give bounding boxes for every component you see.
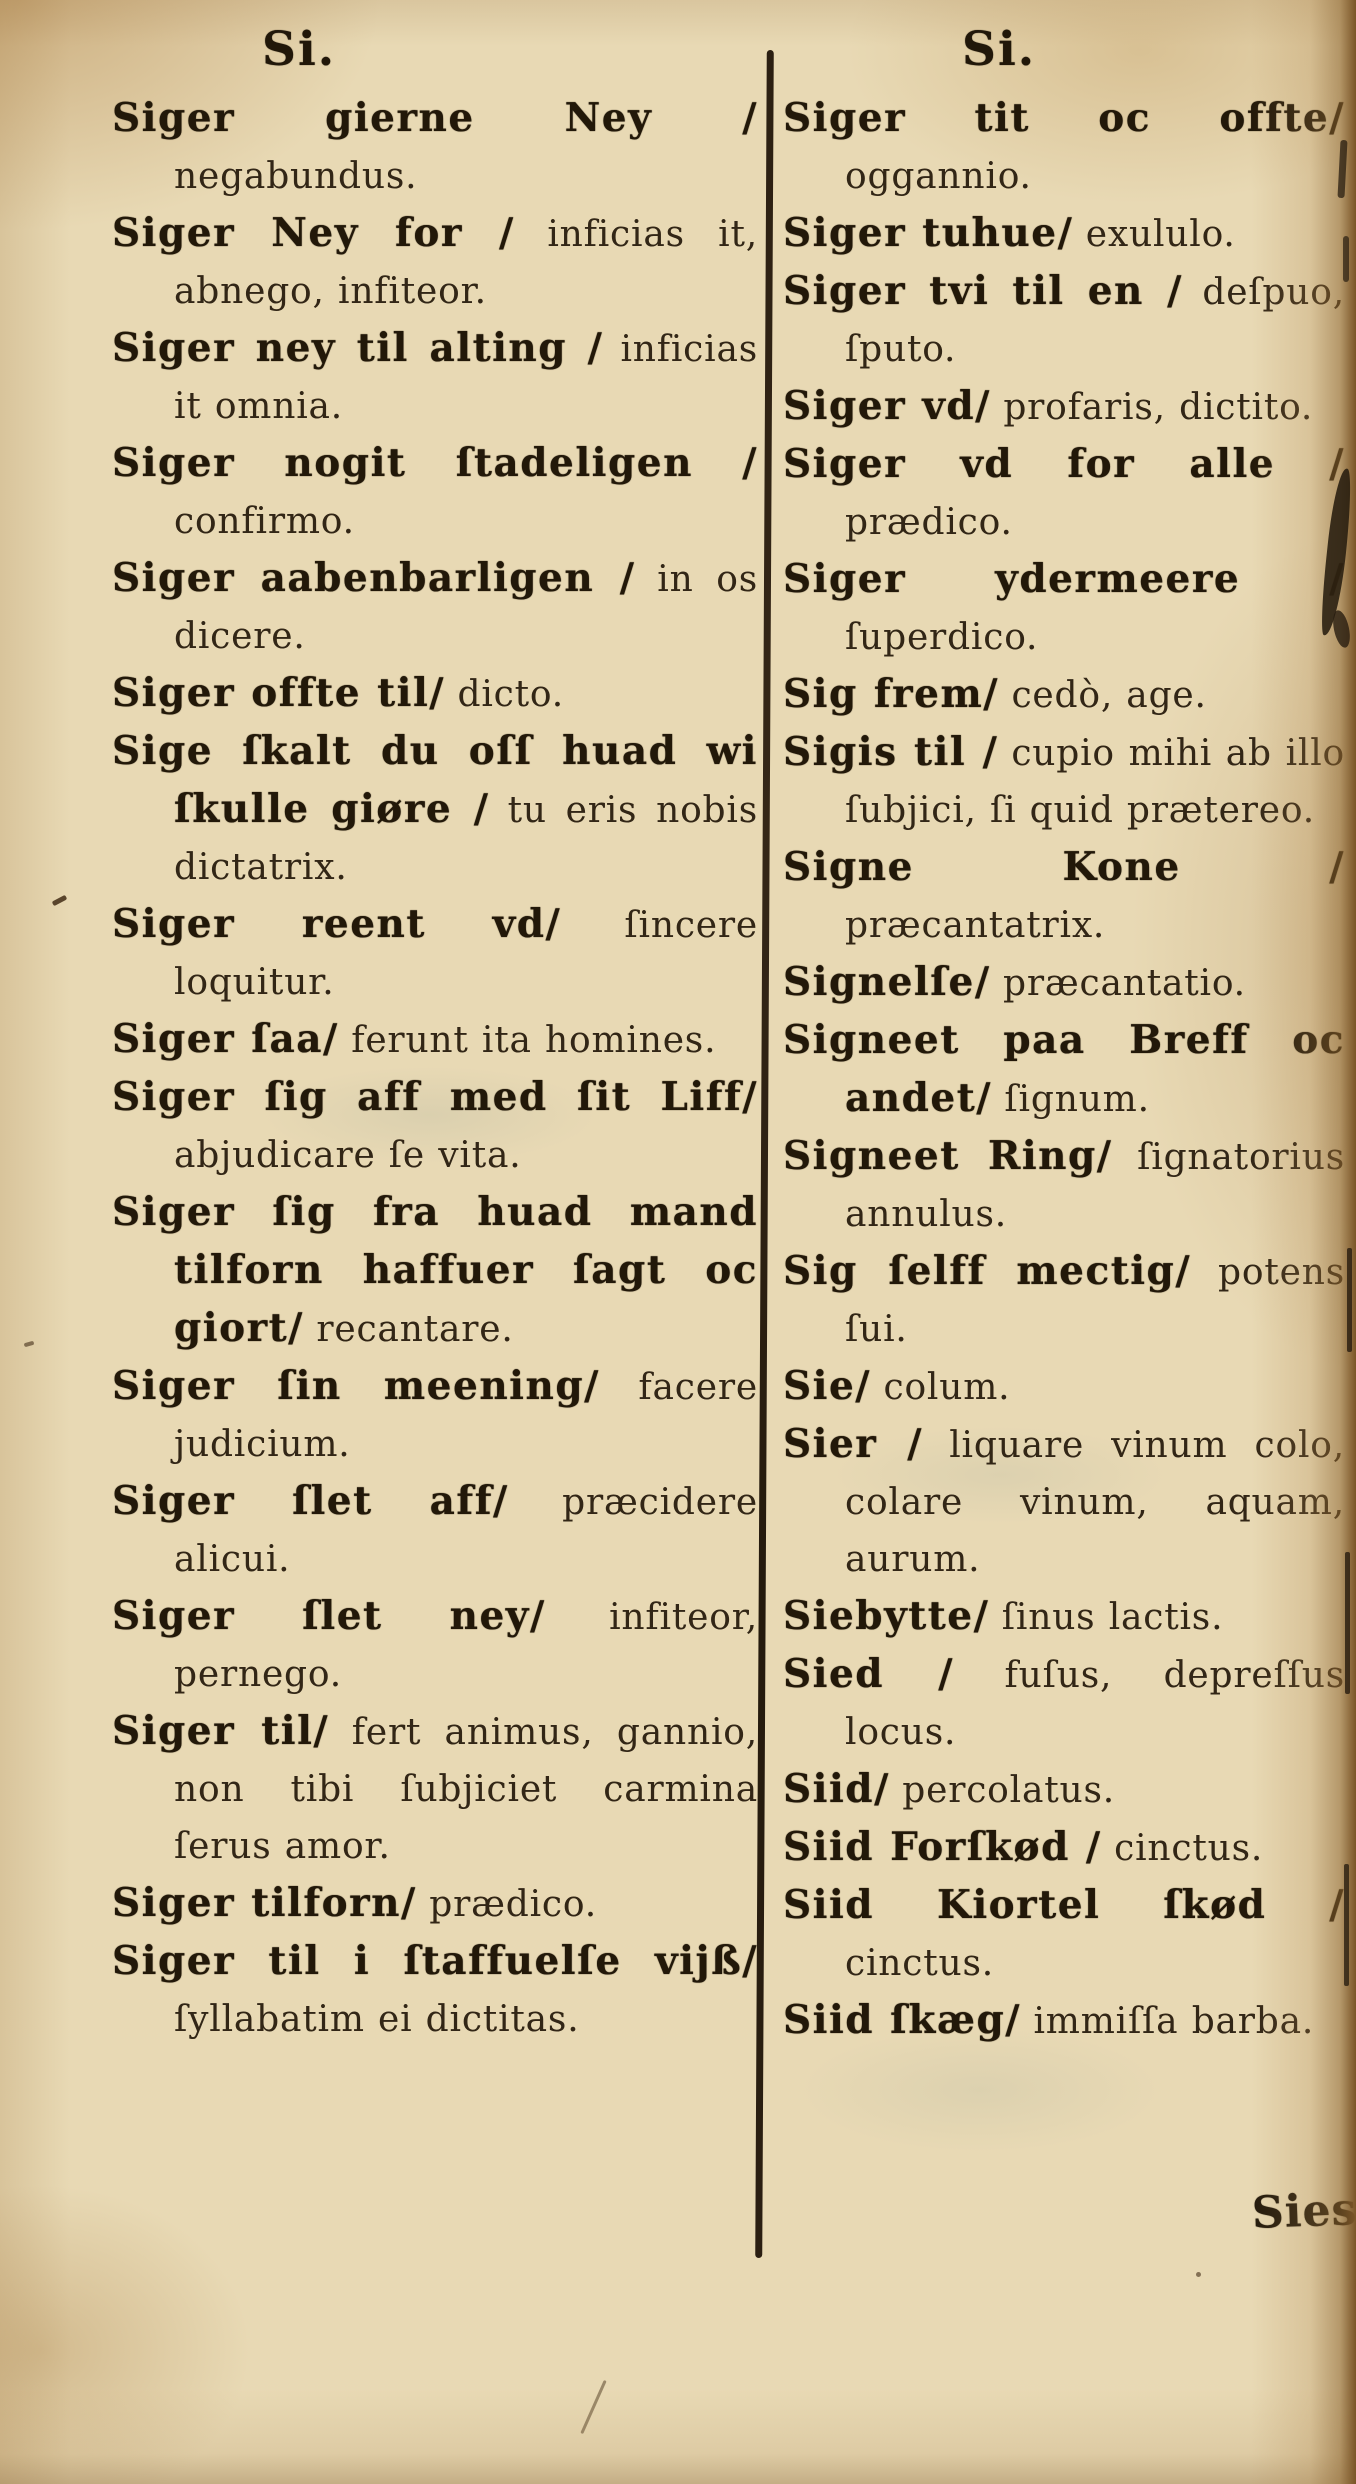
right-column-header: Si. <box>962 22 1036 77</box>
entry-headword: Siger ney til alting / <box>112 325 603 371</box>
entry-headword: Siger tvi til en / <box>783 268 1183 314</box>
dictionary-entry: Siger tilforn/ prædico. <box>112 1875 758 1933</box>
entry-translation: exululo. <box>1086 214 1236 255</box>
entry-headword: Siger vd/ <box>783 383 991 429</box>
ink-artifact <box>1345 1552 1350 1694</box>
entry-headword: Siger nogit ſtadeligen / <box>112 440 758 486</box>
entry-headword: Siger aabenbarligen / <box>112 555 635 601</box>
dictionary-entry: Sig frem/ cedò, age. <box>783 666 1345 724</box>
column-divider-rule <box>755 50 774 2258</box>
entry-translation: ſignum. <box>1004 1079 1149 1120</box>
book-page: Si. Si. Siger gierne Ney / negabundus. S… <box>0 0 1356 2484</box>
entry-translation: oggannio. <box>845 156 1032 197</box>
entry-translation: prædico. <box>429 1884 597 1925</box>
entry-headword: Siger Ney for / <box>112 210 515 256</box>
entry-translation: cinctus. <box>1114 1828 1263 1869</box>
entry-headword: Siger ſig aff med ſit Liff/ <box>112 1074 758 1120</box>
entry-translation: præcantatio. <box>1003 963 1246 1004</box>
entry-translation: prædico. <box>845 502 1013 543</box>
entry-headword: Siger gierne Ney / <box>112 95 758 141</box>
dictionary-entry: Sig ſelff mectig/ potens ſui. <box>783 1243 1345 1358</box>
entry-headword: Siger ſlet aff/ <box>112 1478 509 1524</box>
entry-headword: Siger vd for alle / <box>783 441 1345 487</box>
paper-speck <box>1196 2272 1201 2277</box>
dictionary-entry: Sigis til / cupio mihi ab illo ſubjici, … <box>783 724 1345 839</box>
entry-headword: Siger til i ſtaffuelſe vijß/ <box>112 1938 758 1984</box>
dictionary-entry: Siid Forſkød / cinctus. <box>783 1819 1345 1877</box>
dictionary-entry: Sie/ colum. <box>783 1358 1345 1416</box>
dictionary-entry: Sier / liquare vinum colo, colare vinum,… <box>783 1416 1345 1588</box>
dictionary-entry: Siger ſig fra huad mand tilforn haffuer … <box>112 1184 758 1358</box>
dictionary-entry: Siger tit oc offte/ oggannio. <box>783 90 1345 205</box>
dictionary-entry: Siger Ney for / inficias it, abnego, inf… <box>112 205 758 320</box>
dictionary-entry: Signeet Ring/ ſignatorius annulus. <box>783 1128 1345 1243</box>
dictionary-entry: Siger ſig aff med ſit Liff/ abjudicare ſ… <box>112 1069 758 1184</box>
entry-translation: confirmo. <box>174 501 355 542</box>
entry-headword: Sig frem/ <box>783 671 999 717</box>
entry-translation: ſyllabatim ei dictitas. <box>174 1999 579 2040</box>
dictionary-entry: Siger vd for alle / prædico. <box>783 436 1345 551</box>
dictionary-entry: Siebytte/ ſinus lactis. <box>783 1588 1345 1646</box>
entry-headword: Siger til/ <box>112 1708 329 1754</box>
entry-headword: Siid/ <box>783 1766 890 1812</box>
left-entry-list: Siger gierne Ney / negabundus. Siger Ney… <box>112 90 758 2048</box>
dictionary-entry: Siger aabenbarligen / in os dicere. <box>112 550 758 665</box>
ink-artifact <box>1344 1864 1349 1986</box>
dictionary-entry: Siger til i ſtaffuelſe vijß/ ſyllabatim … <box>112 1933 758 2048</box>
dictionary-entry: Siger ſaa/ ferunt ita homines. <box>112 1011 758 1069</box>
entry-headword: Siid ſkæg/ <box>783 1997 1021 2043</box>
dictionary-entry: Siger ſin meening/ facere judicium. <box>112 1358 758 1473</box>
entry-headword: Sie/ <box>783 1363 871 1409</box>
entry-headword: Siger ſlet ney/ <box>112 1593 546 1639</box>
entry-headword: Siid Kiortel ſkød / <box>783 1882 1345 1928</box>
entry-headword: Sied / <box>783 1651 954 1697</box>
entry-translation: recantare. <box>316 1309 513 1350</box>
entry-translation: profaris, dictito. <box>1003 387 1313 428</box>
dictionary-entry: Signelſe/ præcantatio. <box>783 954 1345 1012</box>
dictionary-entry: Siger til/ fert animus, gannio, non tibi… <box>112 1703 758 1875</box>
entry-headword: Signelſe/ <box>783 959 991 1005</box>
dictionary-entry: Siger vd/ profaris, dictito. <box>783 378 1345 436</box>
entry-headword: Siger reent vd/ <box>112 901 561 947</box>
entry-headword: Signe Kone / <box>783 844 1345 890</box>
dictionary-entry: Siger ney til alting / inficias it omnia… <box>112 320 758 435</box>
ink-artifact <box>1347 1248 1352 1352</box>
dictionary-entry: Siger reent vd/ ſincere loquitur. <box>112 896 758 1011</box>
dictionary-entry: Sied / fuſus, depreſſus locus. <box>783 1646 1345 1761</box>
dictionary-entry: Siger offte til/ dicto. <box>112 665 758 723</box>
right-entry-list: Siger tit oc offte/ oggannio. Siger tuhu… <box>783 90 1345 2050</box>
dictionary-entry: Siger tvi til en / deſpuo, ſputo. <box>783 263 1345 378</box>
dictionary-entry: Signeet paa Breff oc andet/ ſignum. <box>783 1012 1345 1128</box>
entry-headword: Siid Forſkød / <box>783 1824 1102 1870</box>
entry-translation: cinctus. <box>845 1943 994 1984</box>
entry-translation: negabundus. <box>174 156 417 197</box>
entry-headword: Siger ſaa/ <box>112 1016 339 1062</box>
dictionary-entry: Siger ydermeere / ſuperdico. <box>783 551 1345 666</box>
entry-headword: Sigis til / <box>783 729 998 775</box>
entry-translation: dicto. <box>458 674 564 715</box>
entry-translation: præcantatrix. <box>845 905 1105 946</box>
paper-speck <box>24 1341 35 1347</box>
entry-translation: colum. <box>884 1367 1011 1408</box>
dictionary-entry: Siger gierne Ney / negabundus. <box>112 90 758 205</box>
ink-artifact <box>1343 236 1349 282</box>
entry-headword: Siger tit oc offte/ <box>783 95 1345 141</box>
entry-translation: immiſſa barba. <box>1033 2001 1314 2042</box>
dictionary-entry: Siid Kiortel ſkød / cinctus. <box>783 1877 1345 1992</box>
dictionary-entry: Siger ſlet aff/ præcidere alicui. <box>112 1473 758 1588</box>
entry-translation: percolatus. <box>902 1770 1115 1811</box>
paper-speck <box>52 895 68 906</box>
left-column-header: Si. <box>262 22 336 77</box>
paper-scratch <box>580 2380 606 2434</box>
entry-headword: Signeet Ring/ <box>783 1133 1113 1179</box>
entry-translation: ferunt ita homines. <box>351 1020 716 1061</box>
catchword: Sies <box>1251 2184 1356 2239</box>
entry-headword: Siebytte/ <box>783 1593 989 1639</box>
entry-translation: ſinus lactis. <box>1002 1597 1224 1638</box>
dictionary-entry: Siger ſlet ney/ infiteor, pernego. <box>112 1588 758 1703</box>
entry-headword: Siger tuhue/ <box>783 210 1073 256</box>
entry-headword: Sig ſelff mectig/ <box>783 1248 1191 1294</box>
entry-headword: Siger ſin meening/ <box>112 1363 600 1409</box>
dictionary-entry: Siid/ percolatus. <box>783 1761 1345 1819</box>
entry-headword: Sier / <box>783 1421 923 1467</box>
entry-translation: ſuperdico. <box>845 617 1038 658</box>
dictionary-entry: Siger tuhue/ exululo. <box>783 205 1345 263</box>
dictionary-entry: Sige ſkalt du oſſ huad wi ſkulle giøre /… <box>112 723 758 896</box>
dictionary-entry: Siid ſkæg/ immiſſa barba. <box>783 1992 1345 2050</box>
dictionary-entry: Signe Kone / præcantatrix. <box>783 839 1345 954</box>
entry-headword: Siger ydermeere / <box>783 556 1345 602</box>
entry-headword: Siger offte til/ <box>112 670 445 716</box>
entry-headword: Siger tilforn/ <box>112 1880 417 1926</box>
dictionary-entry: Siger nogit ſtadeligen / confirmo. <box>112 435 758 550</box>
entry-translation: cedò, age. <box>1011 675 1206 716</box>
entry-translation: abjudicare ſe vita. <box>174 1135 522 1176</box>
